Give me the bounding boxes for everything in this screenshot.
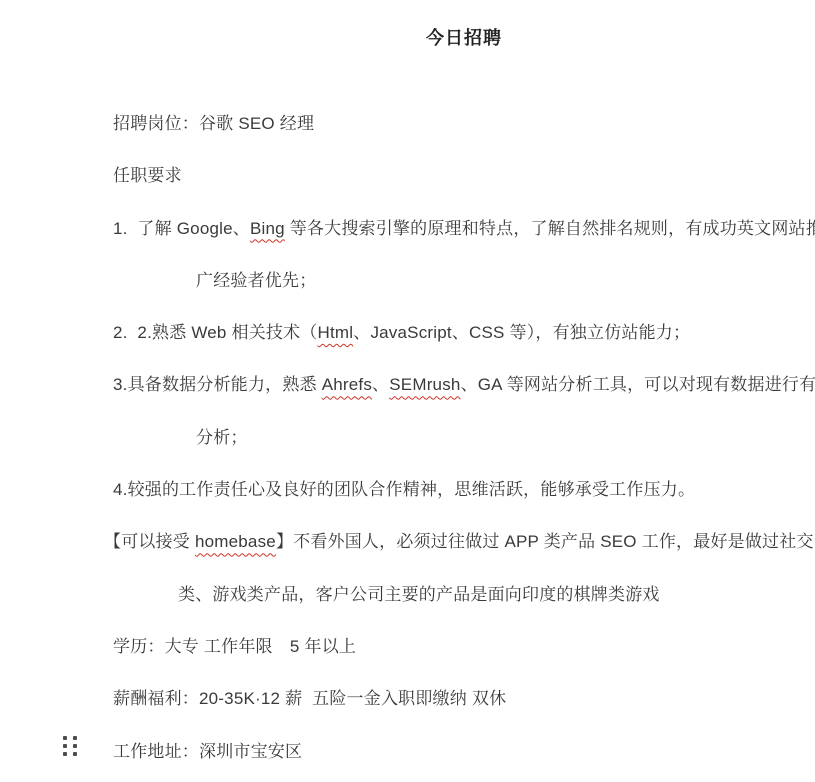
text-segment: 】不看外国人，必须过往做过 APP 类产品 SEO 工作，最好是做过社交 (276, 532, 814, 551)
text-segment: 工作地址：深圳市宝安区 (113, 742, 302, 761)
doc-line: 分析； (113, 412, 815, 464)
doc-line: 广经验者优先； (113, 255, 815, 307)
text-segment: 、GA 等网站分析工具，可以对现有数据进行有效 (461, 375, 815, 394)
doc-line: 【可以接受 homebase】不看外国人，必须过往做过 APP 类产品 SEO … (104, 516, 815, 568)
text-segment: 2. 2.熟悉 Web 相关技术（ (113, 323, 318, 342)
text-segment: 、 (372, 375, 389, 394)
text-segment: 招聘岗位：谷歌 SEO 经理 (113, 114, 314, 133)
doc-line: 4.较强的工作责任心及良好的团队合作精神，思维活跃，能够承受工作压力。 (113, 464, 815, 516)
text-segment: 【可以接受 (104, 532, 195, 551)
text-segment: 1. 了解 Google、 (113, 219, 250, 238)
dot (63, 736, 67, 740)
text-segment: 分析； (196, 428, 248, 447)
misspelled-word: Bing (250, 219, 285, 238)
dot (63, 752, 67, 756)
text-segment: 学历：大专 工作年限 5 年以上 (113, 637, 356, 656)
text-segment: 类、游戏类产品，客户公司主要的产品是面向印度的棋牌类游戏 (178, 585, 660, 604)
dot (63, 744, 67, 748)
doc-line: 学历：大专 工作年限 5 年以上 (113, 621, 815, 673)
paragraph-drag-handle-icon[interactable] (63, 736, 77, 756)
misspelled-word: Html (318, 323, 354, 342)
text-segment: 3.具备数据分析能力，熟悉 (113, 375, 322, 394)
document-lines: 招聘岗位：谷歌 SEO 经理任职要求1. 了解 Google、Bing 等各大搜… (113, 98, 815, 778)
text-segment: 薪酬福利：20-35K·12 薪 五险一金入职即缴纳 双休 (113, 689, 506, 708)
page-title: 今日招聘 (113, 24, 815, 50)
document-page: 今日招聘 招聘岗位：谷歌 SEO 经理任职要求1. 了解 Google、Bing… (0, 0, 815, 782)
misspelled-word: Ahrefs (322, 375, 372, 394)
misspelled-word: homebase (195, 532, 276, 551)
doc-line: 任职要求 (113, 150, 815, 202)
doc-line: 招聘岗位：谷歌 SEO 经理 (113, 98, 815, 150)
text-segment: 4.较强的工作责任心及良好的团队合作精神，思维活跃，能够承受工作压力。 (113, 480, 695, 499)
misspelled-word: SEMrush (389, 375, 460, 394)
dot (73, 744, 77, 748)
text-segment: 、JavaScript、CSS 等），有独立仿站能力； (353, 323, 690, 342)
text-segment: 广经验者优先； (196, 271, 316, 290)
text-segment: 等各大搜索引擎的原理和特点，了解自然排名规则，有成功英文网站推 (285, 219, 815, 238)
text-segment: 任职要求 (113, 166, 182, 185)
dot (73, 752, 77, 756)
doc-line: 2. 2.熟悉 Web 相关技术（Html、JavaScript、CSS 等），… (113, 307, 815, 359)
doc-line: 3.具备数据分析能力，熟悉 Ahrefs、SEMrush、GA 等网站分析工具，… (113, 359, 815, 411)
doc-line: 类、游戏类产品，客户公司主要的产品是面向印度的棋牌类游戏 (113, 569, 815, 621)
doc-line: 工作地址：深圳市宝安区 (113, 726, 815, 778)
doc-line: 1. 了解 Google、Bing 等各大搜索引擎的原理和特点，了解自然排名规则… (113, 203, 815, 255)
dot (73, 736, 77, 740)
doc-line: 薪酬福利：20-35K·12 薪 五险一金入职即缴纳 双休 (113, 673, 815, 725)
